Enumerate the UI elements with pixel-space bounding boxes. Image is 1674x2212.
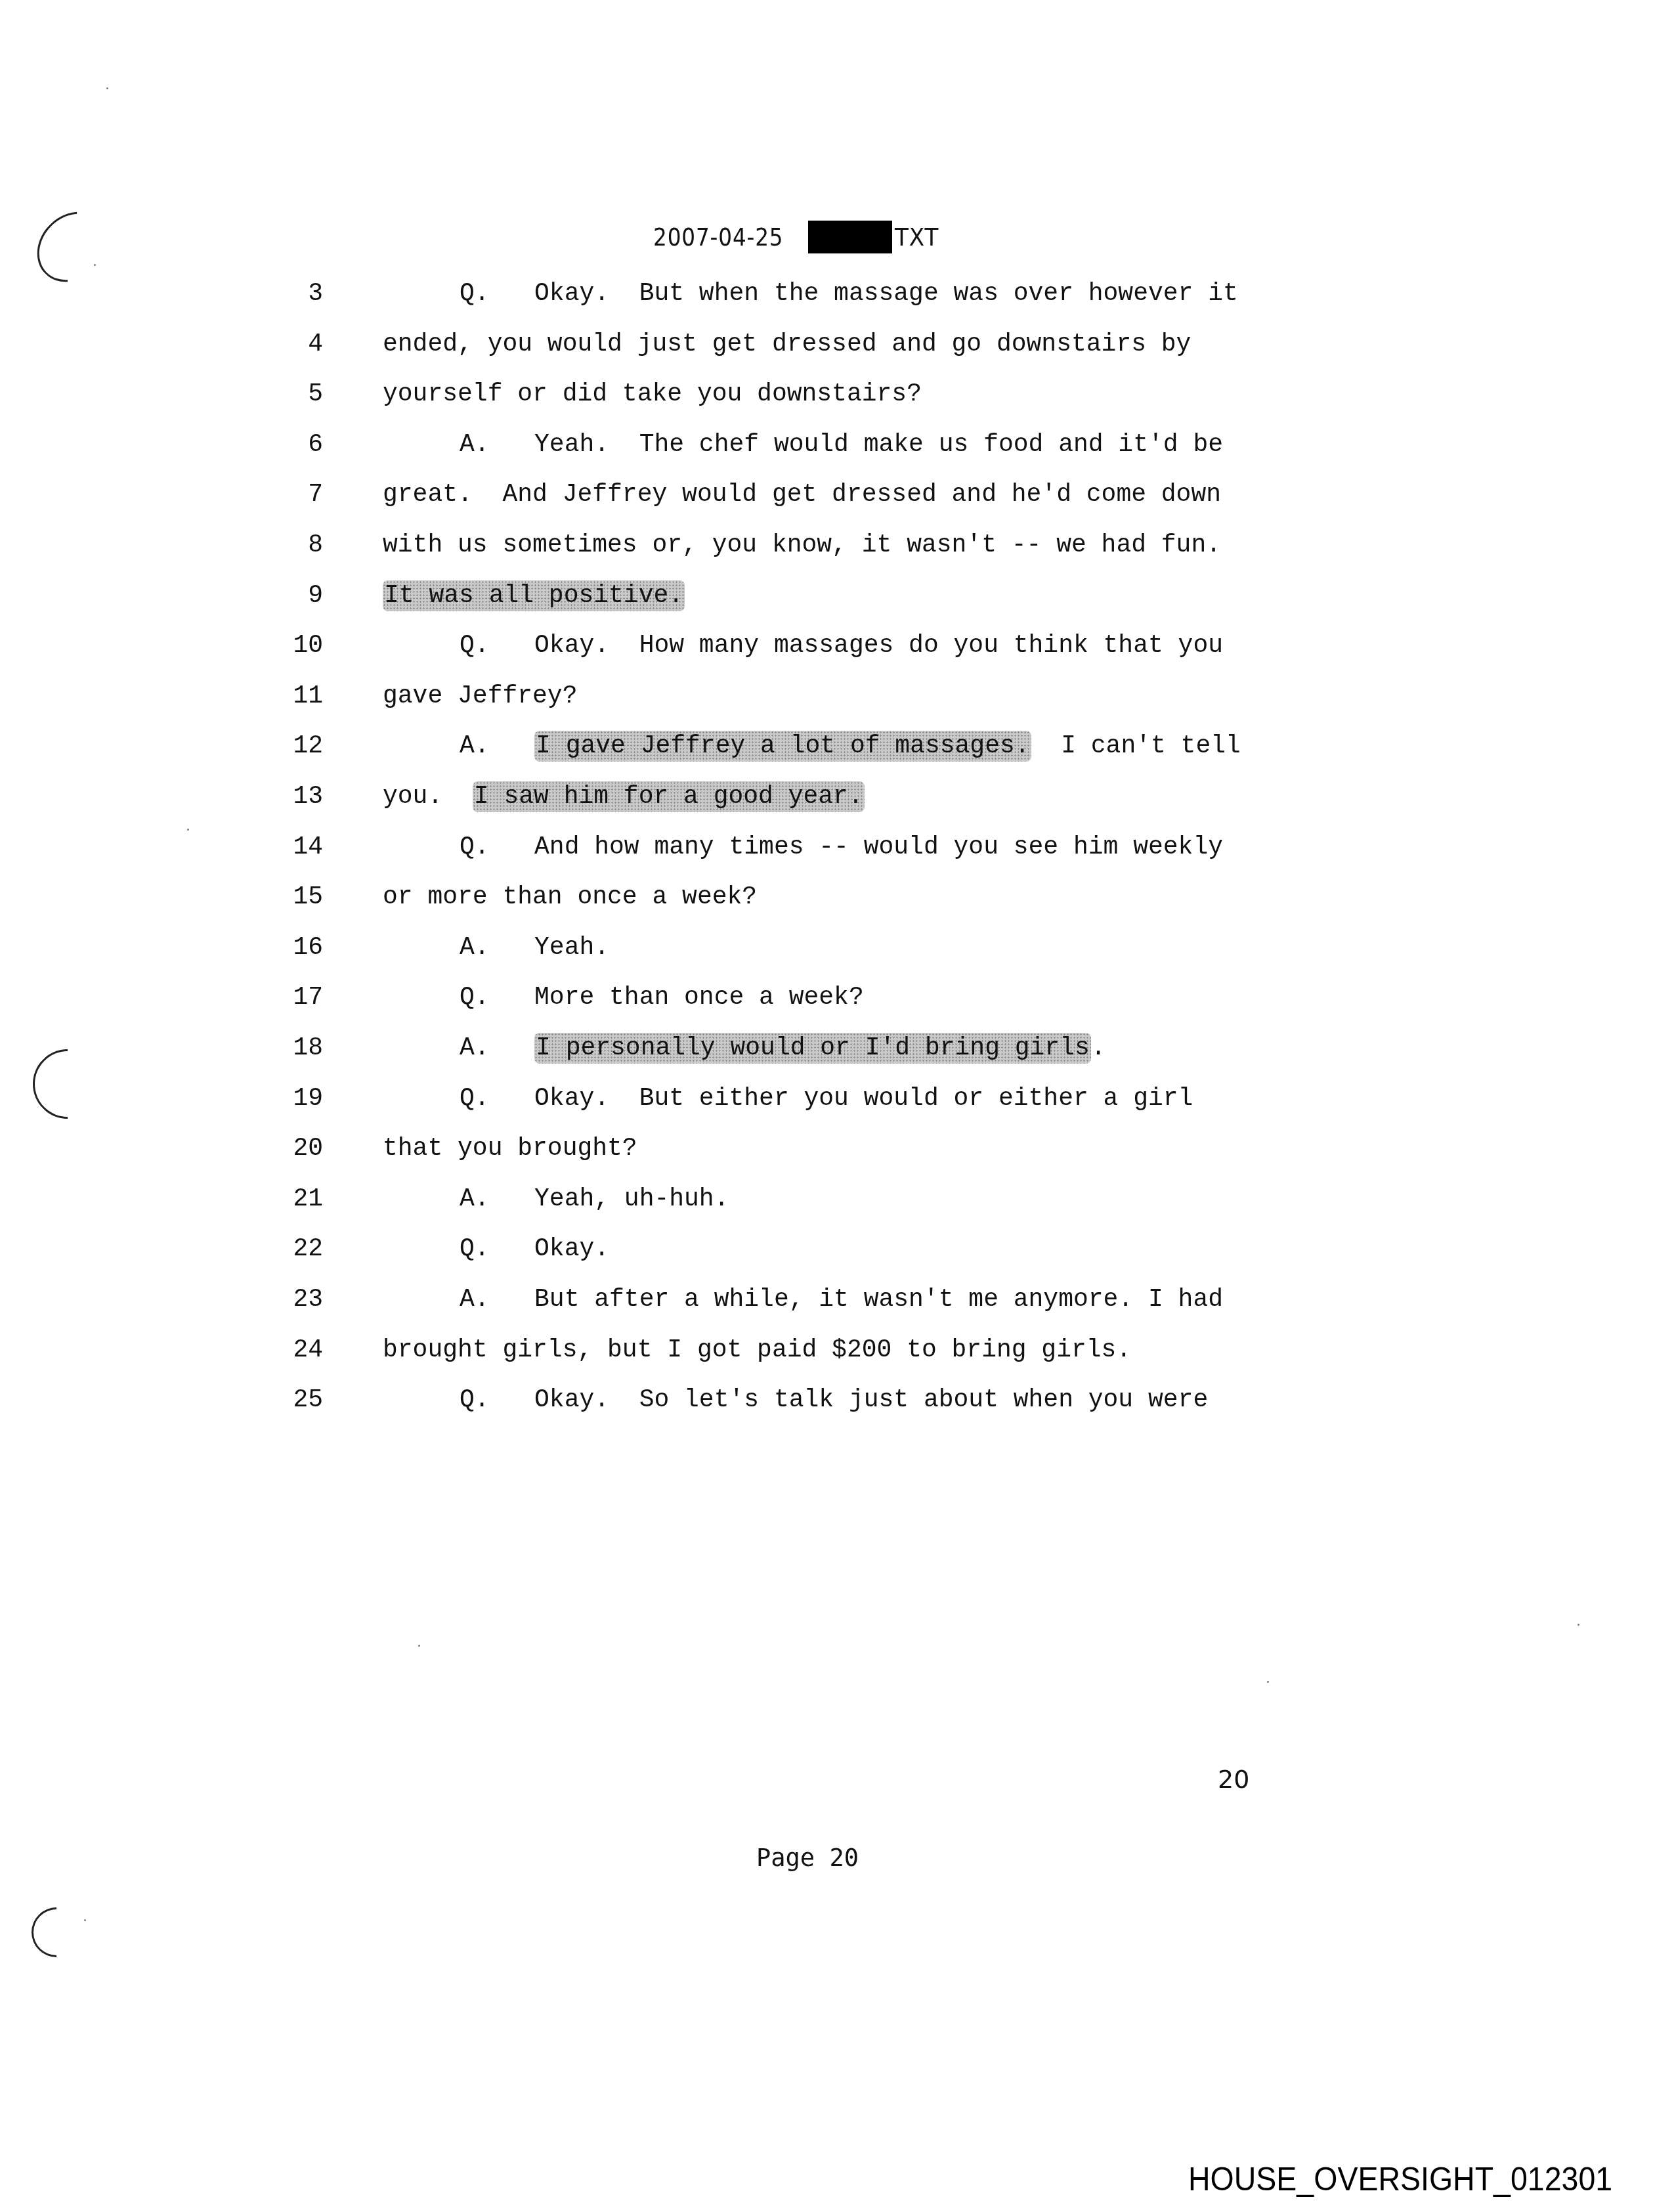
transcript-line: 13you. I saw him for a good year.	[0, 781, 1674, 831]
transcript-line: 10Q. Okay. How many massages do you thin…	[0, 630, 1674, 680]
line-text: you. I saw him for a good year.	[383, 781, 865, 813]
page-number: 20	[1218, 1765, 1249, 1794]
line-text: Q. Okay. But either you would or either …	[460, 1083, 1193, 1116]
line-number: 5	[249, 378, 323, 411]
transcript-line: 11gave Jeffrey?	[0, 680, 1674, 730]
transcript-line: 24brought girls, but I got paid $200 to …	[0, 1334, 1674, 1384]
scan-speck	[1577, 1624, 1579, 1626]
line-number: 21	[249, 1183, 323, 1216]
text-segment: A. But after a while, it wasn't me anymo…	[460, 1286, 1223, 1314]
line-number: 11	[249, 680, 323, 713]
transcript-line: 9It was all positive.	[0, 580, 1674, 630]
line-number: 7	[249, 479, 323, 511]
line-number: 8	[249, 529, 323, 562]
scan-speck	[84, 1919, 86, 1921]
text-segment: you.	[383, 783, 473, 811]
scan-speck	[187, 829, 189, 831]
scan-speck	[1267, 1681, 1269, 1683]
line-text: Q. Okay.	[460, 1233, 609, 1266]
line-text: with us sometimes or, you know, it wasn'…	[383, 529, 1221, 562]
line-text: or more than once a week?	[383, 881, 757, 914]
text-segment: A. Yeah.	[460, 934, 609, 962]
transcript-line: 20that you brought?	[0, 1133, 1674, 1182]
transcript-line: 19Q. Okay. But either you would or eithe…	[0, 1083, 1674, 1133]
text-segment: Q. And how many times -- would you see h…	[460, 833, 1223, 861]
text-segment: Q. Okay. So let's talk just about when y…	[460, 1386, 1208, 1414]
transcript-line: 14Q. And how many times -- would you see…	[0, 831, 1674, 881]
scan-speck	[106, 87, 108, 89]
transcript-line: 18A. I personally would or I'd bring gir…	[0, 1032, 1674, 1082]
line-number: 19	[249, 1083, 323, 1116]
line-number: 16	[249, 932, 323, 965]
line-number: 23	[249, 1284, 323, 1316]
document-header: 2007-04-25 TXT	[653, 221, 944, 253]
line-number: 15	[249, 881, 323, 914]
transcript-line: 23A. But after a while, it wasn't me any…	[0, 1284, 1674, 1334]
line-number: 6	[249, 429, 323, 462]
line-text: yourself or did take you downstairs?	[383, 378, 922, 411]
text-segment: with us sometimes or, you know, it wasn'…	[383, 531, 1221, 559]
text-segment: yourself or did take you downstairs?	[383, 380, 922, 408]
transcript-line: 22Q. Okay.	[0, 1233, 1674, 1283]
line-text: that you brought?	[383, 1133, 637, 1165]
line-text: A. Yeah, uh-huh.	[460, 1183, 729, 1216]
line-text: A. I gave Jeffrey a lot of massages. I c…	[460, 730, 1241, 763]
line-number: 14	[249, 831, 323, 864]
line-number: 17	[249, 982, 323, 1014]
bates-number: HOUSE_OVERSIGHT_012301	[1188, 2160, 1612, 2198]
scan-speck	[418, 1645, 420, 1647]
text-segment: great. And Jeffrey would get dressed and…	[383, 481, 1221, 509]
line-text: A. But after a while, it wasn't me anymo…	[460, 1284, 1223, 1316]
transcript-line: 3Q. Okay. But when the massage was over …	[0, 278, 1674, 328]
text-segment: .	[1091, 1034, 1106, 1062]
transcript-line: 15or more than once a week?	[0, 881, 1674, 931]
line-text: It was all positive.	[383, 580, 685, 613]
text-segment: Q. Okay. But either you would or either …	[460, 1085, 1193, 1113]
highlighted-text: I personally would or I'd bring girls	[534, 1033, 1091, 1064]
line-text: Q. Okay. But when the massage was over h…	[460, 278, 1238, 311]
text-segment: I can't tell	[1031, 732, 1241, 760]
line-text: A. Yeah. The chef would make us food and…	[460, 429, 1223, 462]
line-number: 10	[249, 630, 323, 662]
line-text: Q. Okay. So let's talk just about when y…	[460, 1384, 1208, 1417]
line-number: 4	[249, 328, 323, 361]
line-number: 24	[249, 1334, 323, 1367]
transcript-line: 4ended, you would just get dressed and g…	[0, 328, 1674, 378]
line-text: Q. And how many times -- would you see h…	[460, 831, 1223, 864]
line-number: 13	[249, 781, 323, 813]
line-number: 20	[249, 1133, 323, 1165]
line-text: Q. Okay. How many massages do you think …	[460, 630, 1223, 662]
line-number: 22	[249, 1233, 323, 1266]
line-text: ended, you would just get dressed and go…	[383, 328, 1191, 361]
text-segment: that you brought?	[383, 1135, 637, 1163]
transcript-line: 5yourself or did take you downstairs?	[0, 378, 1674, 428]
line-text: A. I personally would or I'd bring girls…	[460, 1032, 1106, 1065]
text-segment: A.	[460, 1034, 534, 1062]
text-segment: Q. More than once a week?	[460, 984, 864, 1012]
transcript-line: 25Q. Okay. So let's talk just about when…	[0, 1384, 1674, 1434]
highlighted-text: I gave Jeffrey a lot of massages.	[534, 731, 1031, 762]
text-segment: brought girls, but I got paid $200 to br…	[383, 1336, 1131, 1364]
text-segment: A. Yeah. The chef would make us food and…	[460, 431, 1223, 459]
text-segment: A. Yeah, uh-huh.	[460, 1185, 729, 1213]
text-segment: Q. Okay. But when the massage was over h…	[460, 280, 1238, 308]
transcript-line: 12A. I gave Jeffrey a lot of massages. I…	[0, 730, 1674, 780]
text-segment: A.	[460, 732, 534, 760]
header-suffix: TXT	[895, 223, 939, 251]
transcript-line: 6A. Yeah. The chef would make us food an…	[0, 429, 1674, 479]
line-number: 12	[249, 730, 323, 763]
text-segment: Q. Okay.	[460, 1235, 609, 1263]
transcript-line: 16A. Yeah.	[0, 932, 1674, 982]
text-segment: Q. Okay. How many massages do you think …	[460, 632, 1223, 660]
text-segment: or more than once a week?	[383, 883, 757, 911]
line-text: A. Yeah.	[460, 932, 609, 965]
line-number: 3	[249, 278, 323, 311]
text-segment: ended, you would just get dressed and go…	[383, 330, 1191, 358]
transcript-line: 21A. Yeah, uh-huh.	[0, 1183, 1674, 1233]
highlighted-text: It was all positive.	[383, 580, 685, 611]
line-number: 25	[249, 1384, 323, 1417]
transcript-line: 8with us sometimes or, you know, it wasn…	[0, 529, 1674, 579]
transcript-line: 7great. And Jeffrey would get dressed an…	[0, 479, 1674, 529]
line-text: gave Jeffrey?	[383, 680, 577, 713]
line-text: brought girls, but I got paid $200 to br…	[383, 1334, 1131, 1367]
redaction-block	[808, 221, 892, 253]
header-date: 2007-04-25	[653, 223, 786, 251]
line-text: Q. More than once a week?	[460, 982, 864, 1014]
transcript-line: 17Q. More than once a week?	[0, 982, 1674, 1031]
scan-speck	[94, 264, 96, 266]
highlighted-text: I saw him for a good year.	[473, 781, 865, 812]
page-label: Page 20	[756, 1844, 859, 1872]
punch-hole-mark-bottom	[21, 1897, 91, 1967]
line-text: great. And Jeffrey would get dressed and…	[383, 479, 1221, 511]
line-number: 9	[249, 580, 323, 613]
line-number: 18	[249, 1032, 323, 1065]
text-segment: gave Jeffrey?	[383, 682, 577, 710]
